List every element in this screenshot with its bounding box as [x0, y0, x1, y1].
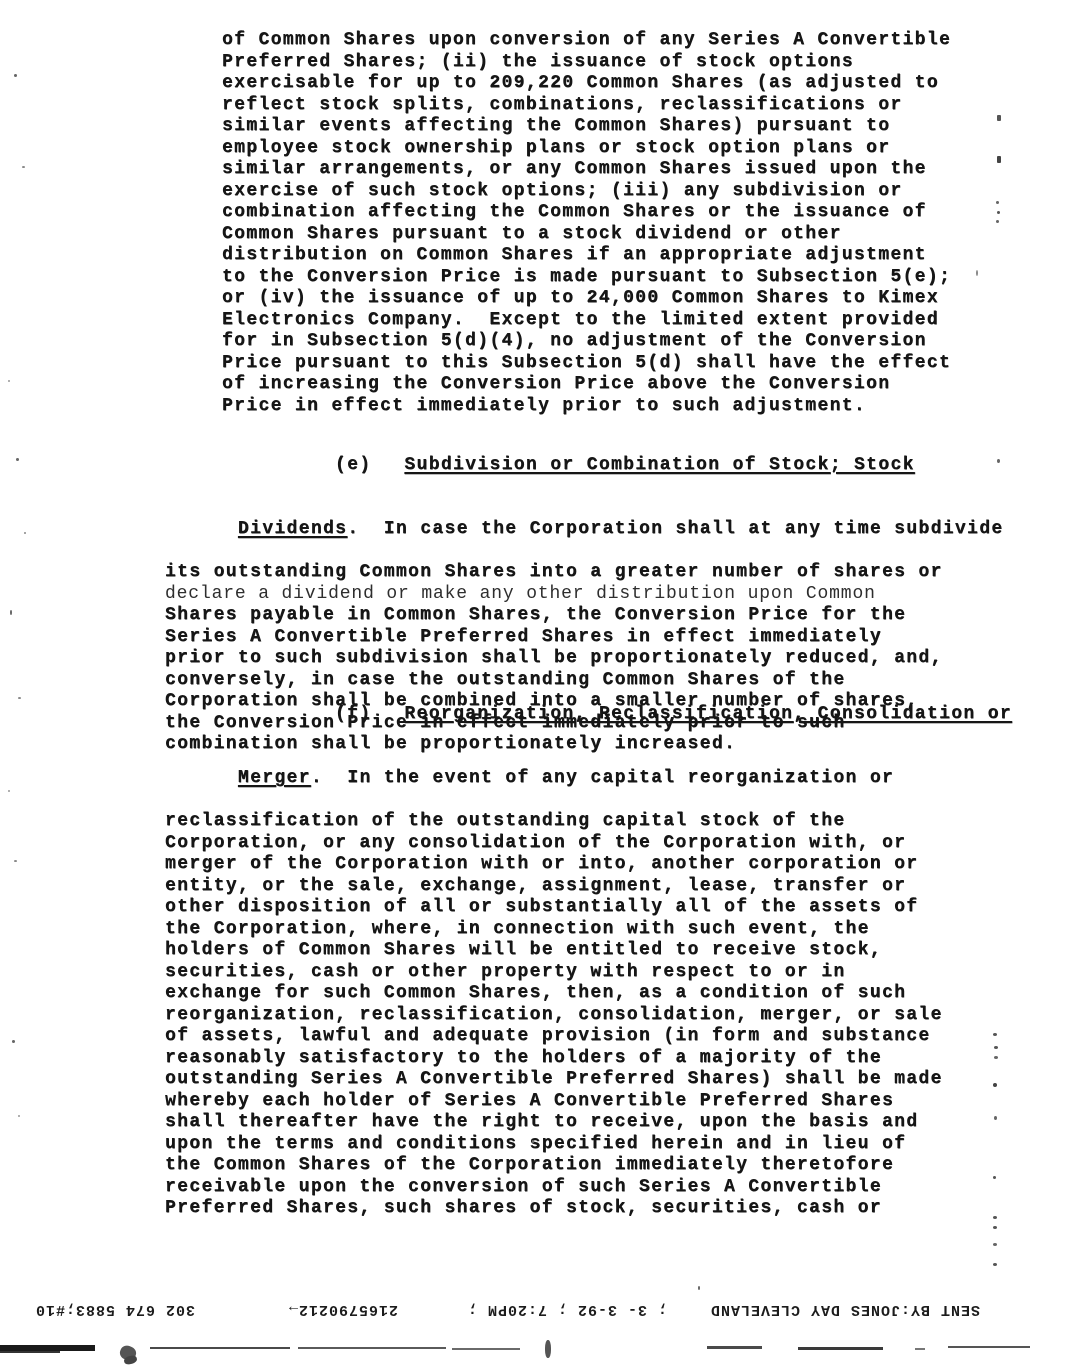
- scan-speck: [994, 1046, 998, 1049]
- scan-speck: [997, 115, 1001, 121]
- scan-speck: [994, 1116, 997, 1120]
- section-f-label: (f): [335, 704, 371, 724]
- text-line: reflect stock splits, combinations, recl…: [222, 95, 1012, 117]
- text-line: Electronics Company. Except to the limit…: [222, 310, 1012, 332]
- section-e-heading-underlined: Subdivision or Combination of Stock; Sto…: [404, 455, 914, 475]
- text-line: prior to such subdivision shall be propo…: [165, 648, 1025, 670]
- scan-speck: [8, 790, 10, 792]
- text-line: similar arrangements, or any Common Shar…: [222, 159, 1012, 181]
- scan-speck: [24, 532, 26, 534]
- text-line: for in Subsection 5(d)(4), no adjustment…: [222, 331, 1012, 353]
- text-line: Common Shares pursuant to a stock divide…: [222, 224, 1012, 246]
- text-line: the Corporation, where, in connection wi…: [165, 919, 1025, 941]
- scan-artifact-line: [948, 1346, 1030, 1348]
- scan-speck: [996, 201, 999, 204]
- fax-transmission-header-upside-down: SENT BY:JONES DAY CLEVELAND ; 3- 3-92 ; …: [0, 1296, 1068, 1322]
- scan-speck: [993, 1176, 996, 1179]
- text-line: receivable upon the conversion of such S…: [165, 1177, 1025, 1199]
- fax-sender-number: 2165790212→: [288, 1296, 398, 1322]
- text-line: Price in effect immediately prior to suc…: [222, 396, 1012, 418]
- text-line: reclassification of the outstanding capi…: [165, 811, 1025, 833]
- text-line: to the Conversion Price is made pursuant…: [222, 267, 1012, 289]
- text-line: of assets, lawful and adequate provision…: [165, 1026, 1025, 1048]
- scan-speck: [993, 1216, 997, 1219]
- text-line: its outstanding Common Shares into a gre…: [165, 562, 1025, 584]
- scan-artifact-line: [0, 1351, 60, 1353]
- text-line: Price pursuant to this Subsection 5(d) s…: [222, 353, 1012, 375]
- text-line: or (iv) the issuance of up to 24,000 Com…: [222, 288, 1012, 310]
- scan-artifact-line: [798, 1347, 883, 1350]
- scan-speck: [976, 270, 978, 276]
- text-line: Series A Convertible Preferred Shares in…: [165, 627, 1025, 649]
- scan-speck: [997, 156, 1001, 163]
- scan-speck: [16, 458, 19, 461]
- text-line: of increasing the Conversion Price above…: [222, 374, 1012, 396]
- scan-smudge: [545, 1340, 551, 1358]
- text-line: combination affecting the Common Shares …: [222, 202, 1012, 224]
- text-line: distribution on Common Shares if an appr…: [222, 245, 1012, 267]
- scan-speck: [994, 1056, 998, 1059]
- scan-speck: [993, 1226, 997, 1229]
- section-e-heading-line-2: Dividends. In case the Corporation shall…: [165, 498, 1025, 563]
- text-line: employee stock ownership plans or stock …: [222, 138, 1012, 160]
- scan-speck: [18, 1115, 20, 1117]
- scan-artifact-line: [915, 1348, 925, 1350]
- text-line: exercisable for up to 209,220 Common Sha…: [222, 73, 1012, 95]
- scan-artifact-line: [452, 1348, 520, 1350]
- scan-speck: [993, 1033, 997, 1036]
- text-line: the Common Shares of the Corporation imm…: [165, 1155, 1025, 1177]
- scan-speck: [532, 1140, 534, 1143]
- text-line: of Common Shares upon conversion of any …: [222, 30, 1012, 52]
- text-line: Shares payable in Common Shares, the Con…: [165, 605, 1025, 627]
- text-line: similar events affecting the Common Shar…: [222, 116, 1012, 138]
- section-e-label: (e): [335, 455, 371, 475]
- paragraph-continuation: of Common Shares upon conversion of any …: [222, 30, 1012, 417]
- scan-speck: [698, 1286, 700, 1290]
- fax-sent-by: SENT BY:JONES DAY CLEVELAND: [710, 1296, 980, 1322]
- section-e-heading-underlined-2: Dividends: [238, 519, 347, 539]
- scan-speck: [14, 860, 17, 862]
- section-f-heading-underlined: Reorganization, Reclassification, Consol…: [404, 704, 1012, 724]
- scanned-fax-page: of Common Shares upon conversion of any …: [0, 0, 1068, 1365]
- fax-receiver-number: 302 674 5883;#10: [35, 1296, 195, 1322]
- light-typeface-text-line: declare a dividend or make any other dis…: [165, 584, 1025, 606]
- text-run: . In case the Corporation shall at any t…: [347, 519, 1003, 539]
- text-line: outstanding Series A Convertible Preferr…: [165, 1069, 1025, 1091]
- text-line: other disposition of all or substantiall…: [165, 897, 1025, 919]
- scan-artifact-line: [707, 1346, 762, 1349]
- section-e-heading-line: (e)Subdivision or Combination of Stock; …: [165, 433, 1025, 498]
- scan-speck: [14, 74, 17, 77]
- text-line: reasonably satisfactory to the holders o…: [165, 1048, 1025, 1070]
- text-line: exchange for such Common Shares, then, a…: [165, 983, 1025, 1005]
- section-f: (f)Reorganization, Reclassification, Con…: [165, 682, 1025, 1220]
- scan-speck: [993, 1263, 997, 1266]
- text-line: Corporation, or any consolidation of the…: [165, 833, 1025, 855]
- text-line: whereby each holder of Series A Converti…: [165, 1091, 1025, 1113]
- scan-speck: [8, 380, 10, 382]
- fax-date-time: ; 3- 3-92 ; 7:20PM ;: [467, 1296, 667, 1322]
- scan-artifact-line: [298, 1347, 446, 1349]
- text-line: merger of the Corporation with or into, …: [165, 854, 1025, 876]
- scan-speck: [997, 459, 1000, 463]
- text-line: securities, cash or other property with …: [165, 962, 1025, 984]
- scan-speck: [996, 220, 999, 223]
- section-f-heading-line-2: Merger. In the event of any capital reor…: [165, 747, 1025, 812]
- text-line: exercise of such stock options; (iii) an…: [222, 181, 1012, 203]
- text-line: holders of Common Shares will be entitle…: [165, 940, 1025, 962]
- text-line: upon the terms and conditions specified …: [165, 1134, 1025, 1156]
- text-line: entity, or the sale, exchange, assignmen…: [165, 876, 1025, 898]
- text-line: shall thereafter have the right to recei…: [165, 1112, 1025, 1134]
- scan-artifact-line: [150, 1347, 290, 1349]
- section-f-heading-underlined-2: Merger: [238, 768, 311, 788]
- scan-speck: [993, 1083, 997, 1087]
- scan-speck: [10, 610, 12, 615]
- text-line: Preferred Shares; (ii) the issuance of s…: [222, 52, 1012, 74]
- scan-speck: [997, 211, 1000, 214]
- scan-speck: [12, 1040, 15, 1043]
- scan-speck: [18, 697, 21, 699]
- text-line: Preferred Shares, such shares of stock, …: [165, 1198, 1025, 1220]
- scan-speck: [22, 166, 25, 168]
- text-run: . In the event of any capital reorganiza…: [311, 768, 894, 788]
- text-line: reorganization, reclassification, consol…: [165, 1005, 1025, 1027]
- section-f-heading-line: (f)Reorganization, Reclassification, Con…: [165, 682, 1025, 747]
- scan-speck: [993, 1243, 997, 1246]
